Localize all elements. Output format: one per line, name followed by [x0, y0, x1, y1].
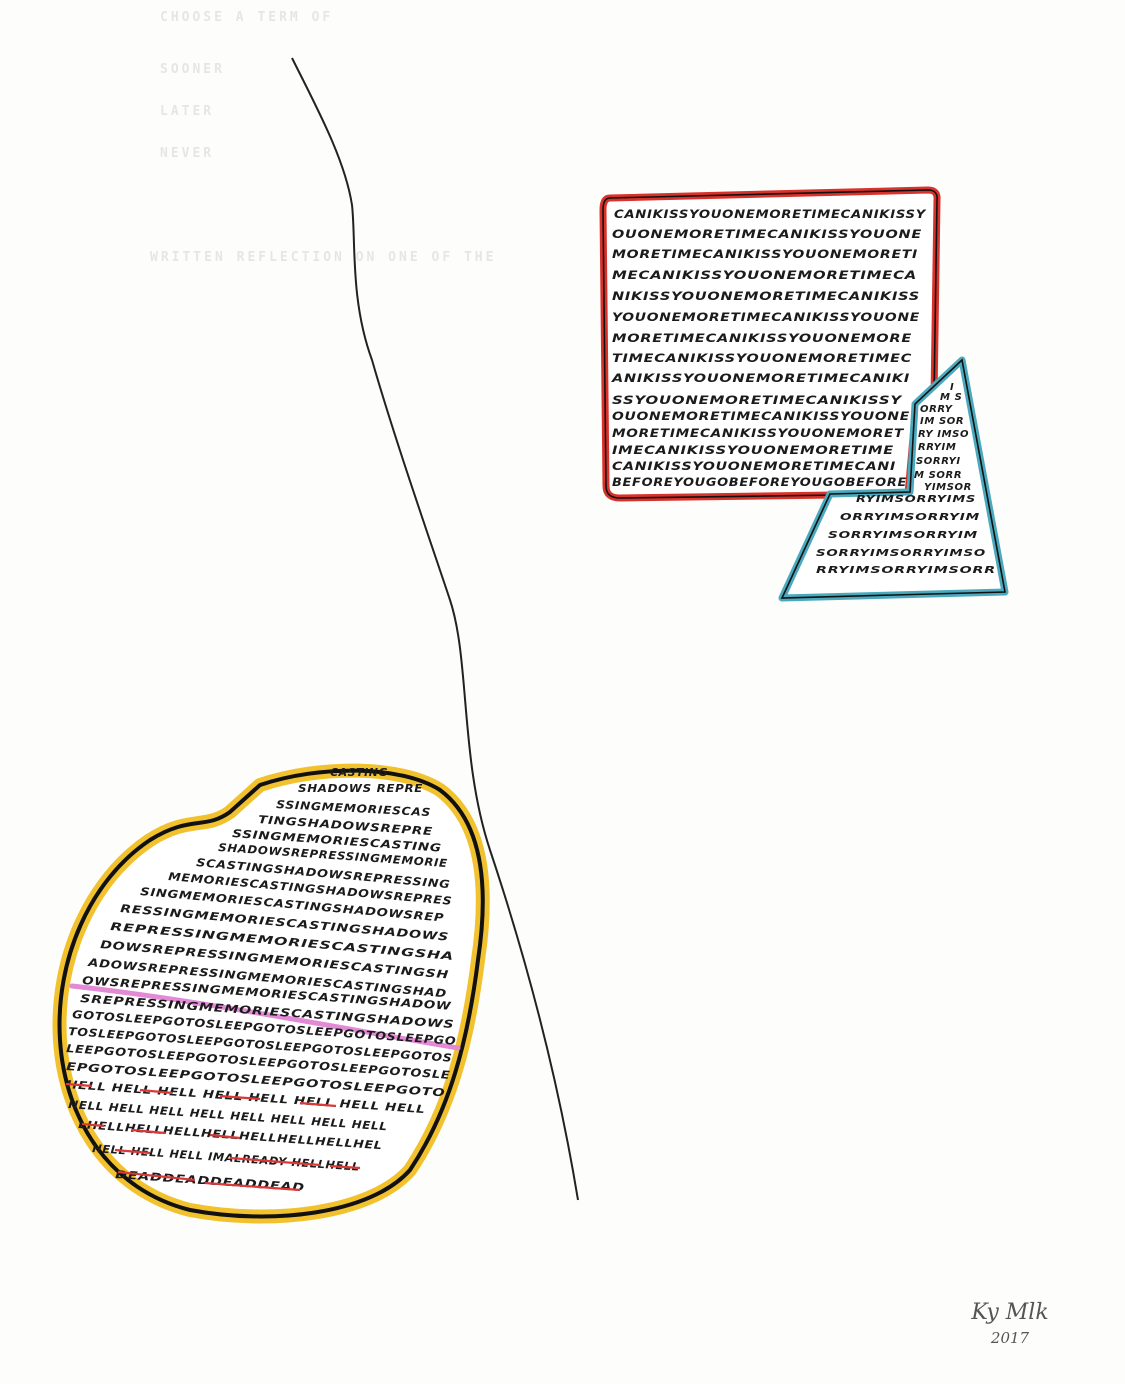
speech-line: SSYOUONEMORETIMECANIKISSY — [612, 393, 903, 407]
signature: Ky Mlk 2017 — [955, 1300, 1065, 1347]
triangle-line: M S — [940, 392, 962, 403]
triangle-line: ORRY — [920, 404, 954, 415]
blob-line: CASTING — [330, 766, 388, 779]
triangle-line: IM SOR — [920, 416, 964, 427]
triangle-line: RRYIMSORRYIMSORR — [816, 565, 996, 576]
triangle-line: YIMSOR — [924, 482, 972, 493]
triangle-line: RYIMSORRYIMS — [856, 494, 976, 505]
triangle-line: ORRYIMSORRYIM — [840, 512, 980, 523]
triangle-line: RY IMSO — [918, 429, 969, 440]
speech-line: YOUONEMORETIMECANIKISSYOUONE — [612, 310, 920, 324]
speech-line: TIMECANIKISSYOUONEMORETIMEC — [612, 351, 912, 365]
speech-line: MORETIMECANIKISSYOUONEMORE — [612, 331, 912, 345]
signature-name: Ky Mlk — [955, 1300, 1065, 1325]
triangle-line: SORRYI — [916, 456, 961, 467]
speech-line: CANIKISSYOUONEMORETIMECANIKISSY — [614, 207, 927, 221]
triangle-line: RRYIM — [918, 442, 956, 453]
blob-line: SHADOWS REPRE — [298, 782, 423, 795]
artwork-canvas: CANIKISSYOUONEMORETIMECANIKISSY OUONEMOR… — [0, 0, 1125, 1384]
speech-line: BEFOREYOUGOBEFOREYOUGOBEFORE — [612, 475, 907, 489]
speech-line: OUONEMORETIMECANIKISSYOUONE — [612, 227, 922, 241]
speech-line: OUONEMORETIMECANIKISSYOUONE — [612, 409, 910, 423]
triangle-line: SORRYIMSORRYIMSO — [816, 548, 986, 559]
triangle-line: SORRYIMSORRYIM — [828, 530, 978, 541]
speech-line: IMECANIKISSYOUONEMORETIME — [612, 443, 894, 457]
signature-year: 2017 — [955, 1329, 1065, 1347]
speech-line: MORETIMECANIKISSYOUONEMORETI — [612, 247, 918, 261]
triangle-line: M SORR — [914, 470, 962, 481]
speech-line: NIKISSYOUONEMORETIMECANIKISS — [612, 289, 920, 303]
speech-line: MORETIMECANIKISSYOUONEMORET — [612, 426, 905, 440]
speech-line: ANIKISSYOUONEMORETIMECANIKI — [611, 371, 910, 385]
speech-line: CANIKISSYOUONEMORETIMECANI — [612, 459, 896, 473]
speech-line: MECANIKISSYOUONEMORETIMECA — [612, 268, 917, 282]
